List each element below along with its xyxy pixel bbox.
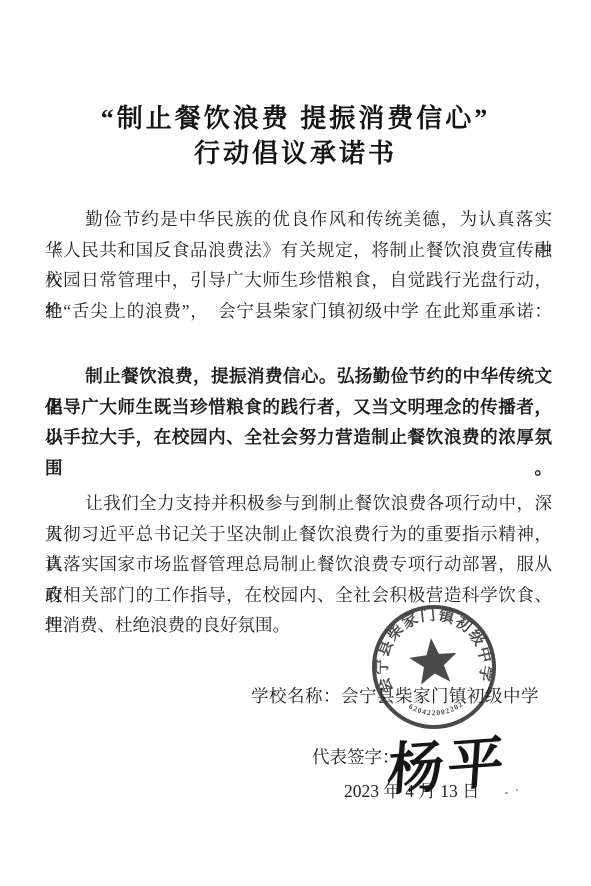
paragraph-intro: 勤俭节约是中华民族的优良作风和传统美德，为认真落实《中 华人民共和国反食品浪费法…	[45, 204, 552, 326]
document-title-line1: “制止餐饮浪费 提振消费信心”	[0, 101, 591, 136]
scanned-pledge-document: “制止餐饮浪费 提振消费信心” 行动倡议承诺书 勤俭节约是中华民族的优良作风和传…	[0, 0, 591, 886]
paragraph-line: 让我们全力支持并积极参与到制止餐饮浪费各项行动中，深入	[45, 488, 552, 519]
scan-speck	[259, 140, 262, 143]
paragraph-line: 真落实国家市场监督管理总局制止餐饮浪费专项行动部署，服从政	[45, 549, 552, 580]
star-icon	[407, 636, 459, 686]
paragraph-line: 制止餐饮浪费，提振消费信心。弘扬勤俭节约的中华传统文化，	[45, 361, 552, 392]
paragraph-line: 华人民共和国反食品浪费法》有关规定，将制止餐饮浪费宣传融入	[45, 235, 552, 266]
signature-handwriting: 杨平	[385, 718, 510, 807]
representative-signature-label: 代表签字：	[312, 744, 400, 769]
document-title: “制止餐饮浪费 提振消费信心” 行动倡议承诺书	[0, 101, 591, 171]
paragraph-line: 贯彻习近平总书记关于坚决制止餐饮浪费行为的重要指示精神，认	[45, 519, 552, 550]
scan-speck	[516, 789, 518, 791]
paragraph-line: 校园日常管理中，引导广大师生珍惜粮食，自觉践行光盘行动，杜	[45, 265, 552, 296]
document-title-line2: 行动倡议承诺书	[0, 136, 591, 171]
paragraph-line: 勤俭节约是中华民族的优良作风和传统美德，为认真落实《中	[45, 204, 552, 235]
paragraph-pledge-bold: 制止餐饮浪费，提振消费信心。弘扬勤俭节约的中华传统文化， 倡导广大师生既当珍惜粮…	[45, 361, 552, 453]
paragraph-line: 小手拉大手，在校园内、全社会努力营造制止餐饮浪费的浓厚氛围。	[45, 422, 552, 453]
paragraph-line: 倡导广大师生既当珍惜粮食的践行者，又当文明理念的传播者，以	[45, 392, 552, 423]
school-name-line: 学校名称：会宁县柴家门镇初级中学	[251, 683, 539, 708]
paragraph-line: 绝“舌尖上的浪费”， 会宁县柴家门镇初级中学 在此郑重承诺：	[45, 296, 552, 327]
